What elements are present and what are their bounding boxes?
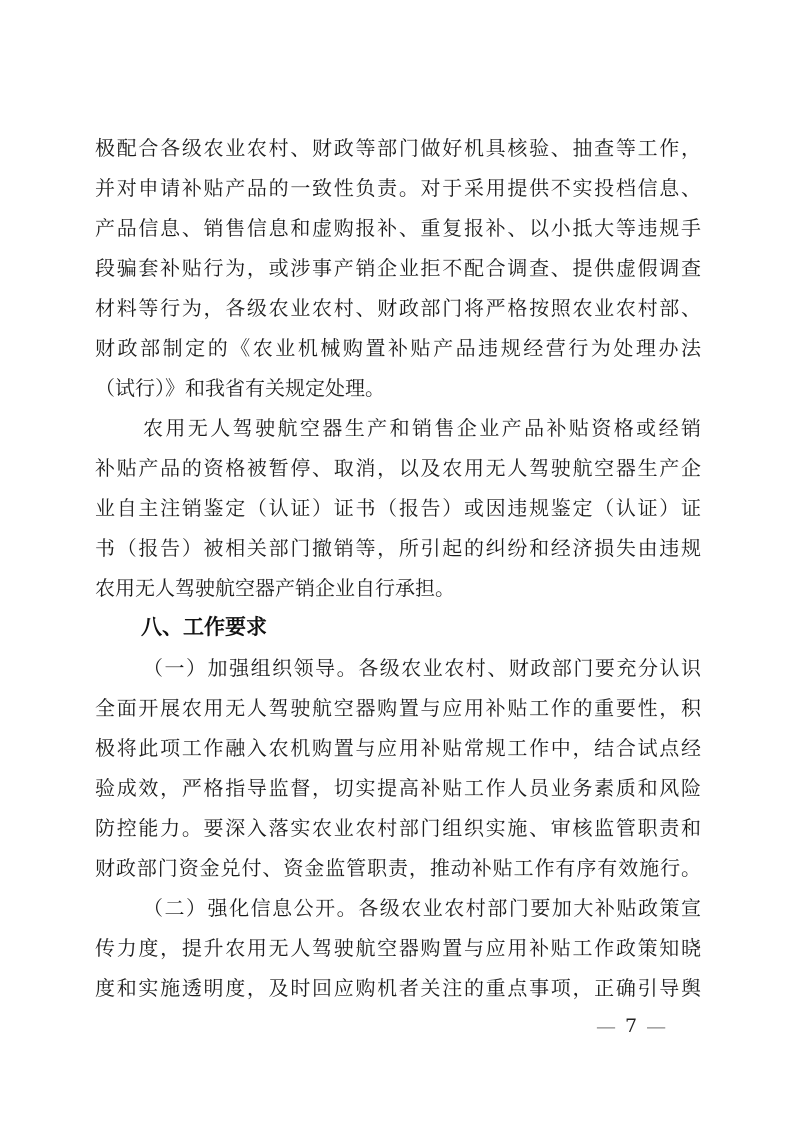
section-heading: 八、工作要求 [95, 608, 701, 648]
text-line: 度和实施透明度，及时回应购机者关注的重点事项，正确引导舆 [95, 968, 701, 1008]
text-line: 农用无人驾驶航空器产销企业自行承担。 [95, 568, 701, 608]
text-line: 并对申请补贴产品的一致性负责。对于采用提供不实投档信息、 [95, 168, 701, 208]
text-line: 书（报告）被相关部门撤销等，所引起的纠纷和经济损失由违规 [95, 528, 701, 568]
text-line: （试行）》和我省有关规定处理。 [95, 368, 701, 408]
text-line: 传力度，提升农用无人驾驶航空器购置与应用补贴工作政策知晓 [95, 928, 701, 968]
text-line: 补贴产品的资格被暂停、取消，以及农用无人驾驶航空器生产企 [95, 448, 701, 488]
text-line: 验成效，严格指导监督，切实提高补贴工作人员业务素质和风险 [95, 768, 701, 808]
text-line: 业自主注销鉴定（认证）证书（报告）或因违规鉴定（认证）证 [95, 488, 701, 528]
text-line: 极将此项工作融入农机购置与应用补贴常规工作中，结合试点经 [95, 728, 701, 768]
text-line: 极配合各级农业农村、财政等部门做好机具核验、抽查等工作， [95, 128, 701, 168]
page-number: — 7 — [596, 1012, 666, 1040]
text-line: 材料等行为，各级农业农村、财政部门将严格按照农业农村部、 [95, 288, 701, 328]
text-line: 财政部门资金兑付、资金监管职责，推动补贴工作有序有效施行。 [95, 848, 701, 888]
text-line: 产品信息、销售信息和虚购报补、重复报补、以小抵大等违规手 [95, 208, 701, 248]
text-line: 全面开展农用无人驾驶航空器购置与应用补贴工作的重要性，积 [95, 688, 701, 728]
document-body: 极配合各级农业农村、财政等部门做好机具核验、抽查等工作，并对申请补贴产品的一致性… [95, 128, 701, 1008]
document-page: 极配合各级农业农村、财政等部门做好机具核验、抽查等工作，并对申请补贴产品的一致性… [0, 0, 793, 1122]
text-line: （一）加强组织领导。各级农业农村、财政部门要充分认识 [95, 648, 701, 688]
page-number-value: 7 [625, 1017, 637, 1036]
text-line: 财政部制定的《农业机械购置补贴产品违规经营行为处理办法 [95, 328, 701, 368]
text-line: （二）强化信息公开。各级农业农村部门要加大补贴政策宣 [95, 888, 701, 928]
text-line: 段骗套补贴行为，或涉事产销企业拒不配合调查、提供虚假调查 [95, 248, 701, 288]
page-number-dash-right: — [646, 1016, 666, 1036]
page-number-dash-left: — [596, 1016, 616, 1036]
text-line: 农用无人驾驶航空器生产和销售企业产品补贴资格或经销 [95, 408, 701, 448]
text-line: 防控能力。要深入落实农业农村部门组织实施、审核监管职责和 [95, 808, 701, 848]
